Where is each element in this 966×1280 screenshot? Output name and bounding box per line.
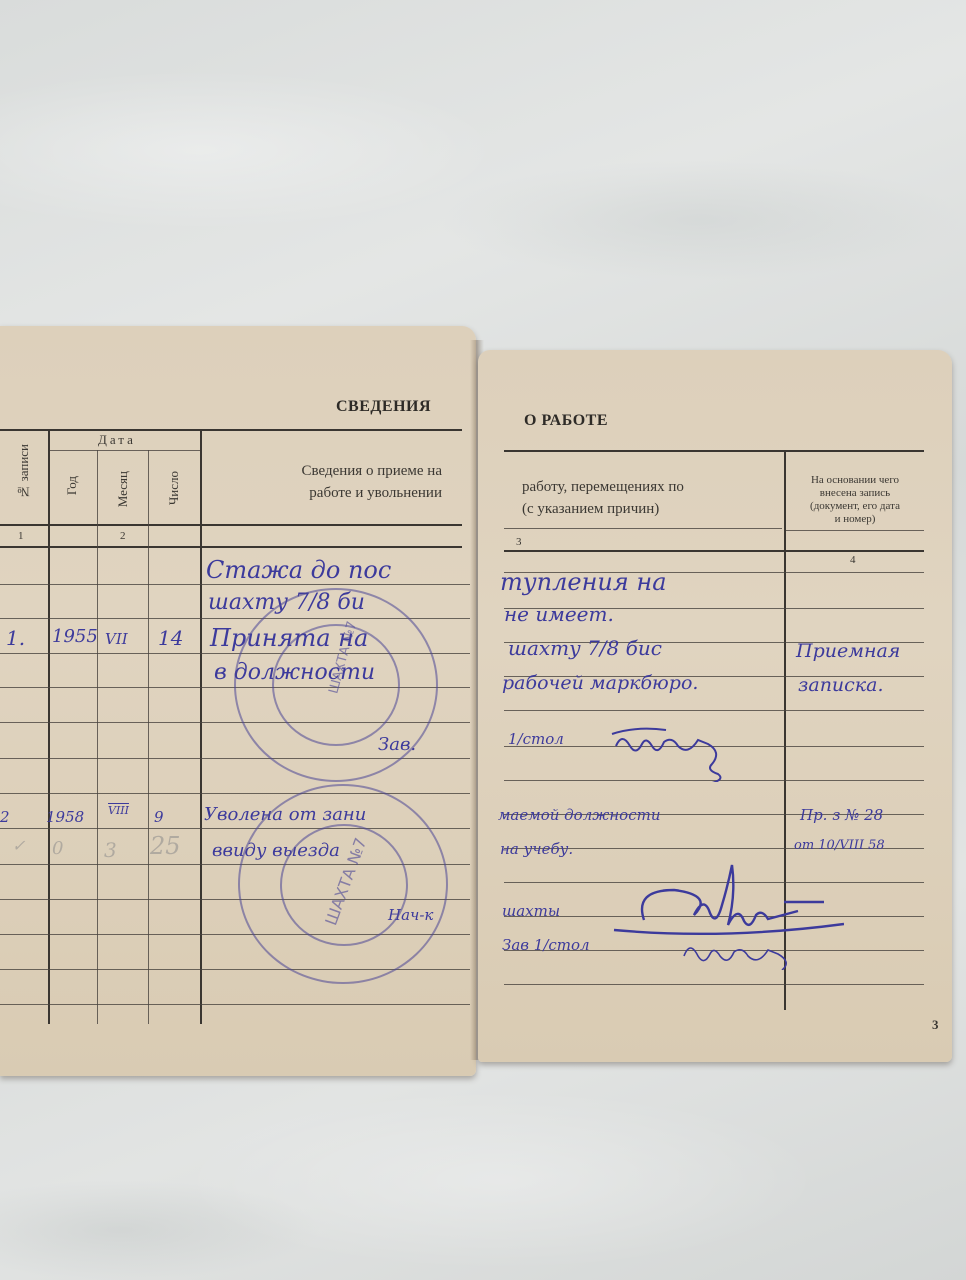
entry-2-signature-right-2: Зав 1/стол — [502, 936, 590, 954]
entry-1-month: VII — [105, 630, 128, 648]
page-number: 3 — [932, 1014, 939, 1036]
col-label-info-left-line1: Сведения о приеме на — [250, 460, 442, 482]
entry-2-year: 1958 — [46, 808, 84, 826]
header-bottom-line — [0, 524, 462, 526]
col-label-basis: На основании чего внесена запись (докуме… — [790, 474, 920, 526]
entry-1-text-right-1: шахту 7/8 бис — [508, 636, 662, 660]
col-label-info-right-line2: (с указанием причин) — [522, 498, 684, 520]
row-line — [504, 984, 924, 985]
right-heading: О РАБОТЕ — [524, 412, 608, 430]
header-bottom-line-col4 — [784, 530, 924, 531]
entry-2-text-right-1: маемой должности — [498, 806, 661, 824]
entry-2-number: 2 — [0, 808, 10, 826]
entry-2-basis-1: Пр. з № 28 — [800, 806, 883, 824]
col-label-basis-line2: внесена запись — [790, 487, 920, 500]
header-top-line — [504, 450, 924, 452]
col-number-2: 2 — [120, 530, 126, 543]
col-divider-month — [148, 450, 149, 1024]
signature-2 — [604, 860, 844, 970]
col-label-date: Дата — [98, 432, 136, 448]
col-label-basis-line1: На основании чего — [790, 474, 920, 487]
date-subheader-line — [50, 450, 200, 451]
entry-1-text-right-2: рабочей маркбюро. — [502, 672, 698, 694]
row-line — [504, 710, 924, 711]
faint-mark: 3 — [104, 838, 117, 862]
row-line — [0, 1004, 470, 1005]
entry-0-text-right-1: тупления на — [500, 568, 667, 596]
col-label-basis-line4: и номер) — [790, 513, 920, 526]
col-number-3: 3 — [516, 536, 522, 549]
entry-1-basis-1: Приемная — [796, 640, 900, 662]
left-page: СВЕДЕНИЯ № записи Дата Год Месяц Число С… — [0, 326, 476, 1076]
entry-2-day: 9 — [154, 808, 164, 826]
col-number-4: 4 — [850, 554, 856, 567]
col-divider-year — [97, 450, 98, 1024]
signature-1 — [606, 722, 786, 782]
row-line — [0, 793, 470, 794]
entry-0-text-left-1: Стажа до пос — [206, 556, 391, 584]
col-label-year: Год — [64, 476, 80, 495]
stamp-2: ШАХТА №7 — [238, 784, 448, 984]
column-number-line — [0, 546, 462, 548]
row-line — [0, 969, 470, 970]
row-line — [0, 584, 470, 585]
col-label-info-left-line2: работе и увольнении — [250, 482, 442, 504]
header-top-line — [0, 429, 462, 431]
faint-mark: 0 — [52, 838, 63, 859]
left-heading: СВЕДЕНИЯ — [336, 398, 431, 416]
entry-2-text-right-2: на учебу. — [500, 840, 573, 858]
entry-0-text-right-2: не имеет. — [504, 602, 614, 626]
entry-2-basis-2: от 10/VIII 58 — [794, 838, 885, 853]
column-number-line — [504, 550, 924, 552]
entry-2-signature-right-1: шахты — [502, 902, 560, 920]
entry-1-signature-right: 1/стол — [508, 730, 564, 748]
entry-2-month: VIII — [108, 804, 129, 817]
entry-1-number: 1. — [6, 626, 25, 650]
col-label-record-number: № записи — [16, 444, 32, 500]
right-page: О РАБОТЕ работу, перемещениях по (с указ… — [478, 350, 952, 1062]
entry-1-day: 14 — [158, 626, 183, 650]
faint-mark: ✓ — [12, 836, 25, 855]
entry-1-basis-2: записка. — [798, 674, 884, 696]
faint-mark: 25 — [150, 832, 181, 860]
col-label-info-right: работу, перемещениях по (с указанием при… — [522, 476, 684, 520]
col-label-basis-line3: (документ, его дата — [790, 500, 920, 513]
col-label-day: Число — [166, 471, 182, 505]
col-label-info-right-line1: работу, перемещениях по — [522, 476, 684, 498]
col-label-month: Месяц — [115, 471, 131, 507]
stamp-1: ШАХТА №7 — [234, 588, 438, 782]
col-label-info-left: Сведения о приеме на работе и увольнении — [250, 460, 442, 504]
header-bottom-line — [504, 528, 782, 529]
entry-1-year: 1955 — [52, 626, 98, 647]
col-number-1: 1 — [18, 530, 24, 543]
